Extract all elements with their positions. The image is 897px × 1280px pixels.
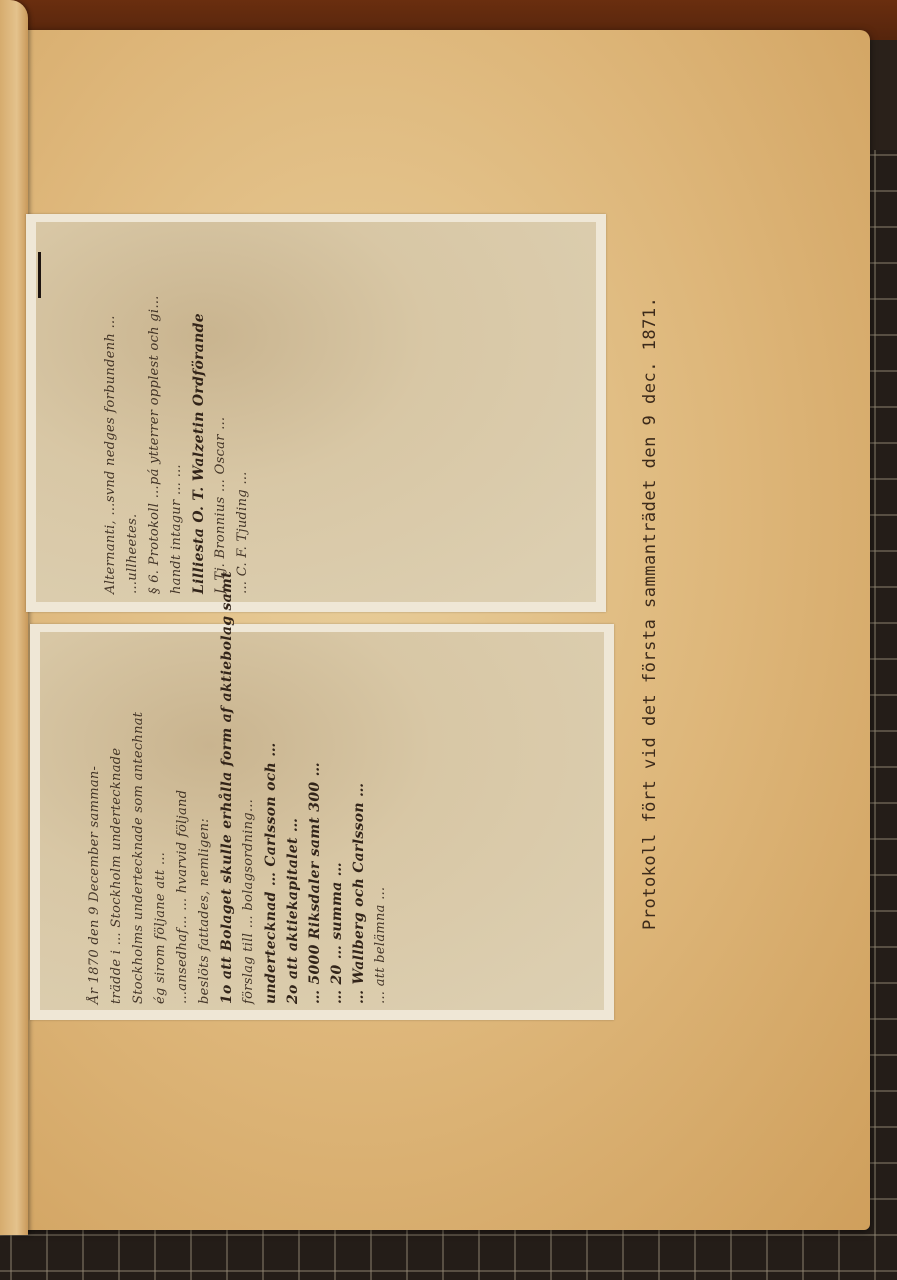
handwritten-line: trädde i … Stockholm undertecknade xyxy=(106,571,128,1004)
handwritten-text-top: Alternanti, …svnd nedges forbundenh … …u… xyxy=(100,295,254,594)
typed-caption: Protokoll fört vid det första sammanträd… xyxy=(640,297,660,930)
handwritten-line: 2o att aktiekapitalet … xyxy=(282,571,304,1004)
handwritten-line: § 6. Protokoll …pá ytterrer opplest och … xyxy=(144,295,166,594)
handwritten-line: …ansedhaf… … hvarvid följand xyxy=(172,571,194,1004)
handwritten-line: 1o att Bolaget skulle erhålla form af ak… xyxy=(216,571,238,1004)
handwritten-line: ég sirom följane att … xyxy=(150,571,172,1004)
handwritten-line: Alternanti, …svnd nedges forbundenh … xyxy=(100,295,122,594)
handwritten-line: beslöts fattades, nemligen: xyxy=(194,571,216,1004)
handwritten-line: förslag till … bolagsordning… xyxy=(238,571,260,1004)
handwritten-line: Stockholms undertecknade som antechnat xyxy=(128,571,150,1004)
photo-top-surface: Alternanti, …svnd nedges forbundenh … …u… xyxy=(36,222,596,602)
handwritten-line: …ullheetes. xyxy=(122,295,144,594)
handwritten-line: … 20 … summa … xyxy=(326,571,348,1004)
handwritten-line: handt intagur … … xyxy=(166,295,188,594)
handwritten-text-bottom: År 1870 den 9 December samman- trädde i … xyxy=(84,571,392,1004)
signature-line: Lilliesta O. T. Walzetin Ordförande xyxy=(188,295,210,594)
photo-reproduction-bottom: År 1870 den 9 December samman- trädde i … xyxy=(30,624,614,1020)
signature-line: … C. F. Tjuding … xyxy=(232,295,254,594)
photo-edge-mark xyxy=(38,252,41,298)
handwritten-line: … att belämna … xyxy=(370,571,392,1004)
photo-reproduction-top: Alternanti, …svnd nedges forbundenh … …u… xyxy=(26,214,606,612)
handwritten-line: … Wallberg och Carlsson … xyxy=(348,571,370,1004)
photo-bottom-surface: År 1870 den 9 December samman- trädde i … xyxy=(40,632,604,1010)
handwritten-line: undertecknad … Carlsson och … xyxy=(260,571,282,1004)
signature-line: J. Tj. Bronnius … Oscar … xyxy=(210,295,232,594)
left-page-edge xyxy=(0,0,28,1235)
handwritten-line: … 5000 Riksdaler samt 300 … xyxy=(304,571,326,1004)
handwritten-line: År 1870 den 9 December samman- xyxy=(84,571,106,1004)
